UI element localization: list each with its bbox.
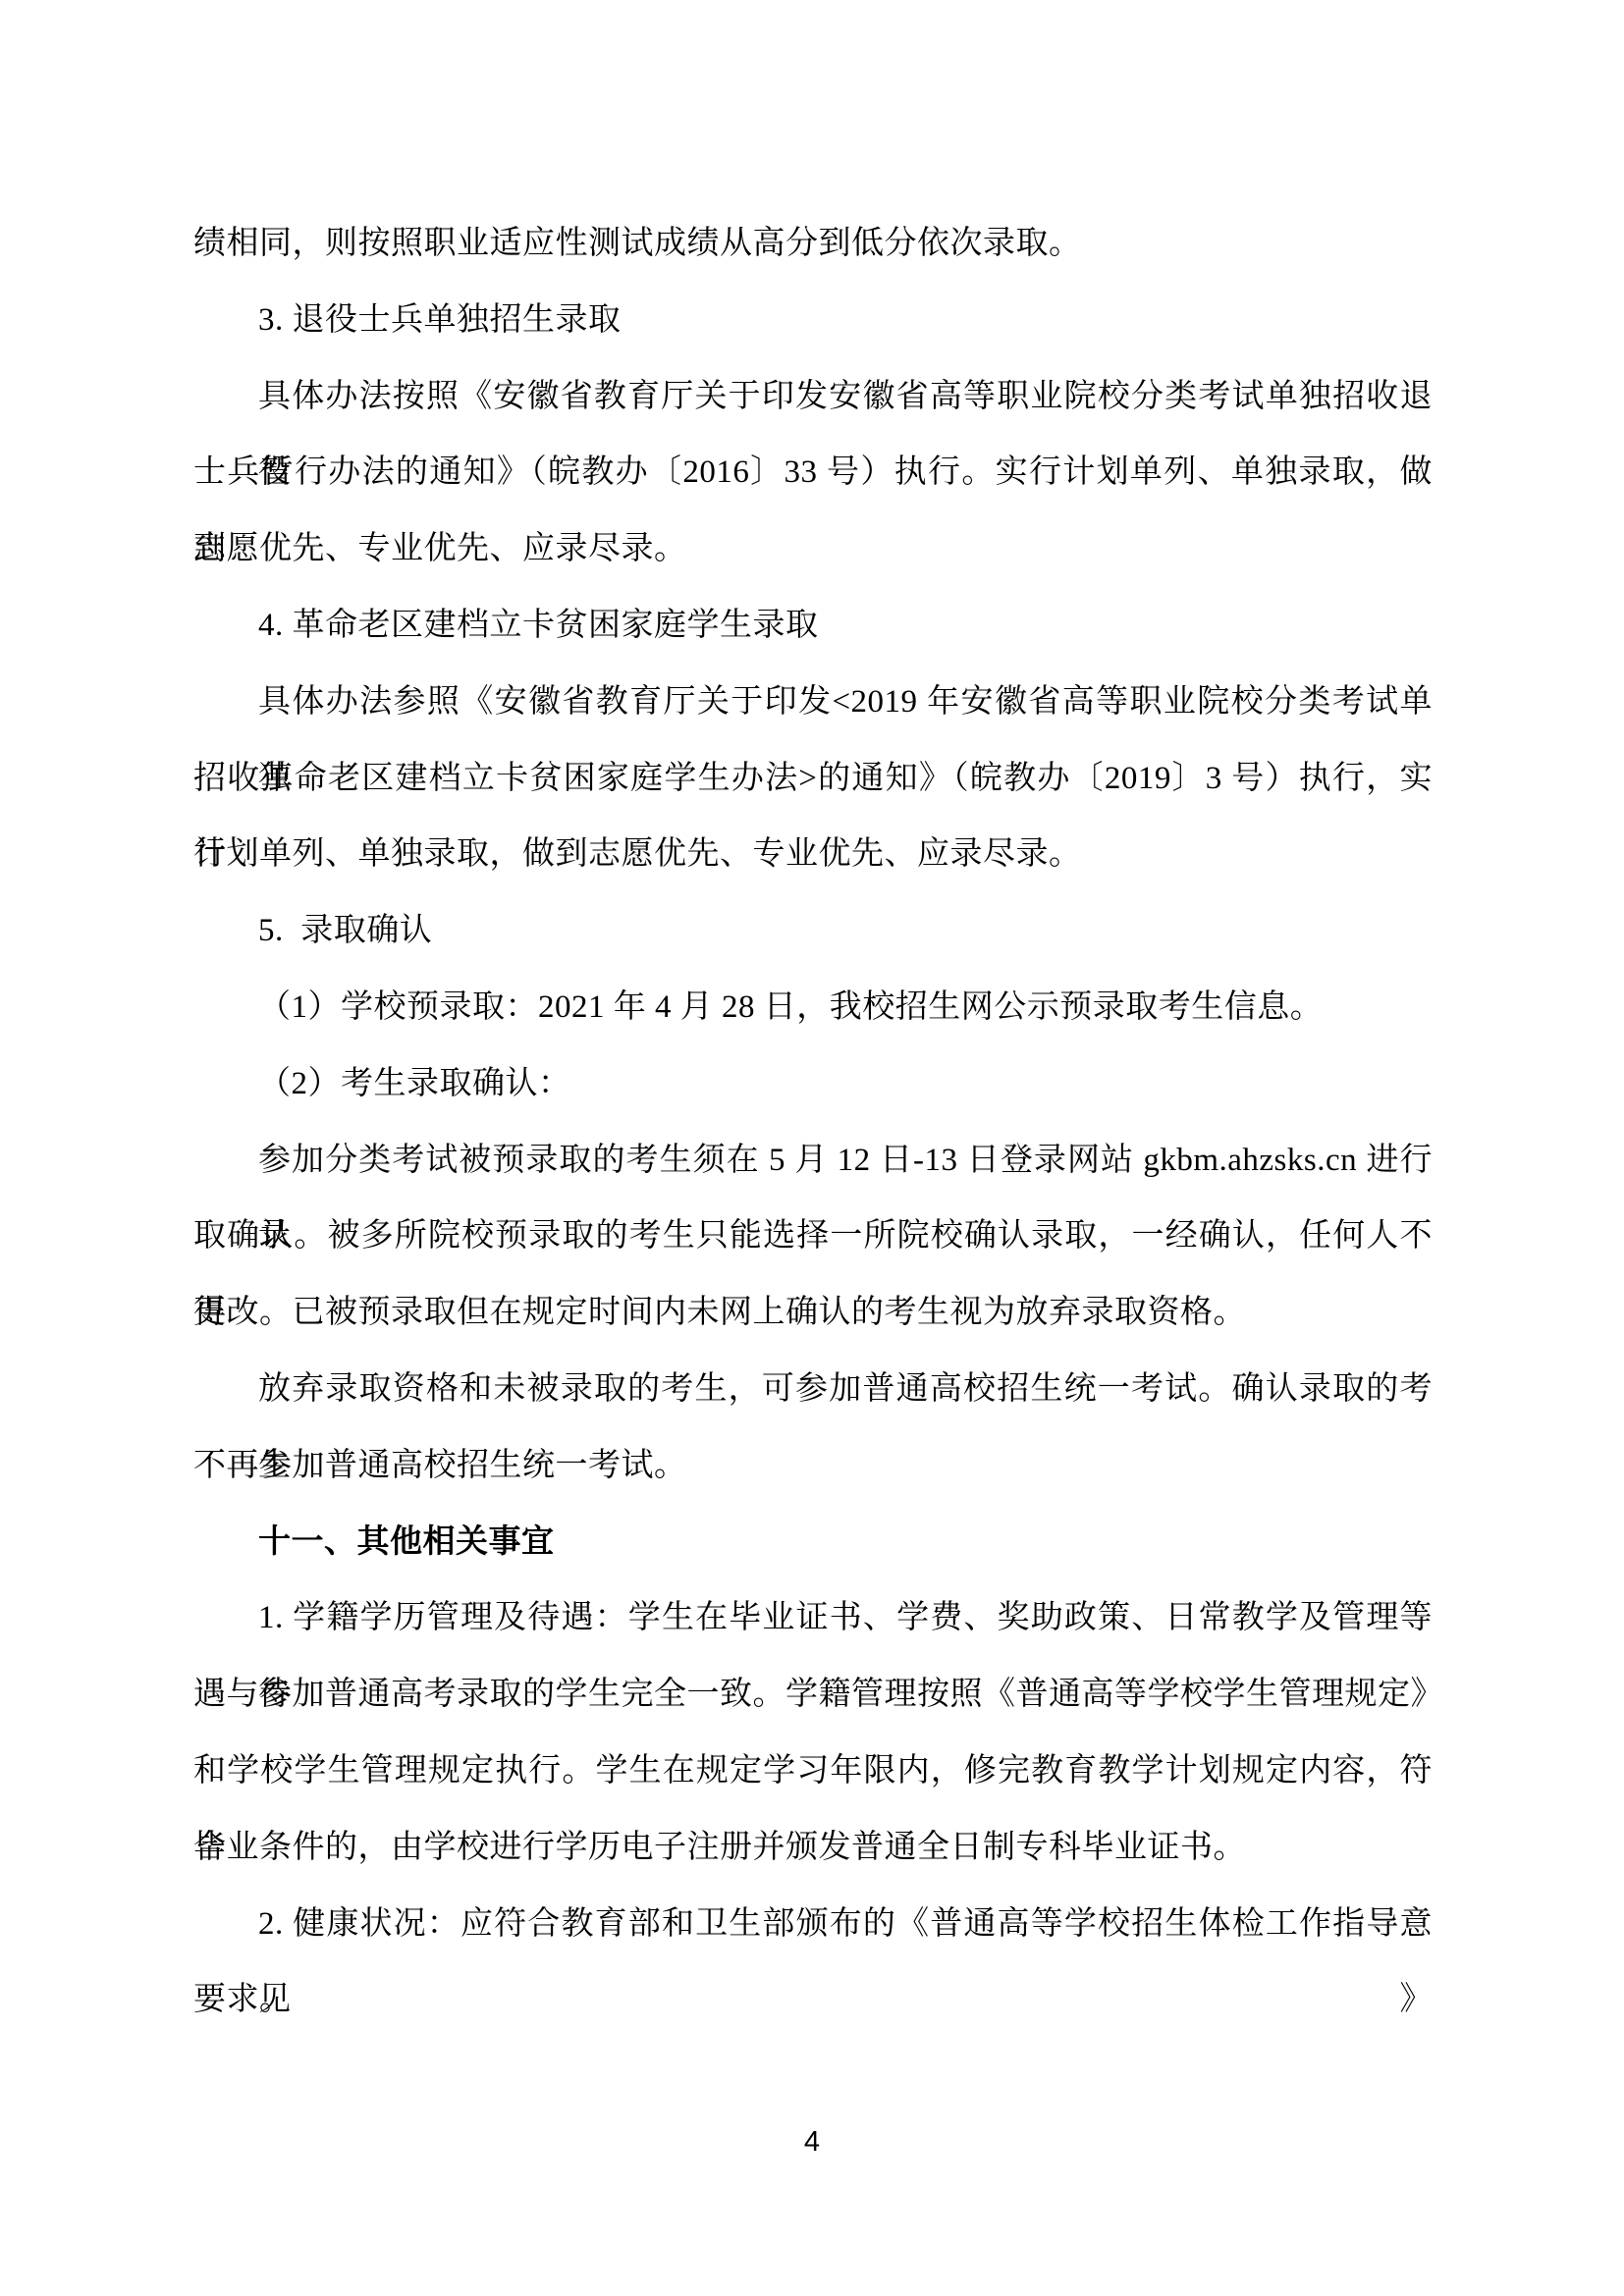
text-line: （1）学校预录取：2021 年 4 月 28 日，我校招生网公示预录取考生信息。 (193, 970, 1433, 1046)
text-line: 具体办法参照《安徽省教育厅关于印发<2019 年安徽省高等职业院校分类考试单独 (193, 665, 1433, 741)
text-line: （2）考生录取确认： (193, 1046, 1433, 1123)
text-line: 2. 健康状况：应符合教育部和卫生部颁布的《普通高等学校招生体检工作指导意见》 (193, 1887, 1433, 1963)
text-line: 士兵暂行办法的通知》（皖教办〔2016〕33 号）执行。实行计划单列、单独录取，… (193, 435, 1433, 511)
document-page: 绩相同，则按照职业适应性测试成绩从高分到低分依次录取。3. 退役士兵单独招生录取… (0, 0, 1624, 2296)
text-line: 计划单列、单独录取，做到志愿优先、专业优先、应录尽录。 (193, 817, 1433, 893)
text-line: 具体办法按照《安徽省教育厅关于印发安徽省高等职业院校分类考试单独招收退役 (193, 359, 1433, 436)
text-line: 不再参加普通高校招生统一考试。 (193, 1428, 1433, 1505)
text-line: 放弃录取资格和未被录取的考生，可参加普通高校招生统一考试。确认录取的考生 (193, 1352, 1433, 1428)
text-line: 5. 录取确认 (193, 893, 1433, 970)
text-line: 遇与参加普通高考录取的学生完全一致。学籍管理按照《普通高等学校学生管理规定》 (193, 1657, 1433, 1734)
text-line: 参加分类考试被预录取的考生须在 5 月 12 日-13 日登录网站 gkbm.a… (193, 1123, 1433, 1200)
text-line: 毕业条件的，由学校进行学历电子注册并颁发普通全日制专科毕业证书。 (193, 1810, 1433, 1887)
text-line: 更改。已被预录取但在规定时间内未网上确认的考生视为放弃录取资格。 (193, 1275, 1433, 1352)
text-line: 和学校学生管理规定执行。学生在规定学习年限内，修完教育教学计划规定内容，符合 (193, 1734, 1433, 1810)
text-line: 1. 学籍学历管理及待遇：学生在毕业证书、学费、奖助政策、日常教学及管理等待 (193, 1580, 1433, 1657)
text-line: 3. 退役士兵单独招生录取 (193, 283, 1433, 359)
text-line: 绩相同，则按照职业适应性测试成绩从高分到低分依次录取。 (193, 206, 1433, 283)
text-line: 取确认。被多所院校预录取的考生只能选择一所院校确认录取，一经确认，任何人不得 (193, 1199, 1433, 1275)
text-line: 招收革命老区建档立卡贫困家庭学生办法>的通知》（皖教办〔2019〕3 号）执行，… (193, 741, 1433, 818)
text-line: 4. 革命老区建档立卡贫困家庭学生录取 (193, 588, 1433, 665)
text-line: 志愿优先、专业优先、应录尽录。 (193, 511, 1433, 588)
document-body: 绩相同，则按照职业适应性测试成绩从高分到低分依次录取。3. 退役士兵单独招生录取… (193, 206, 1433, 2039)
section-heading: 十一、其他相关事宜 (193, 1505, 1433, 1581)
page-number: 4 (0, 2122, 1624, 2162)
